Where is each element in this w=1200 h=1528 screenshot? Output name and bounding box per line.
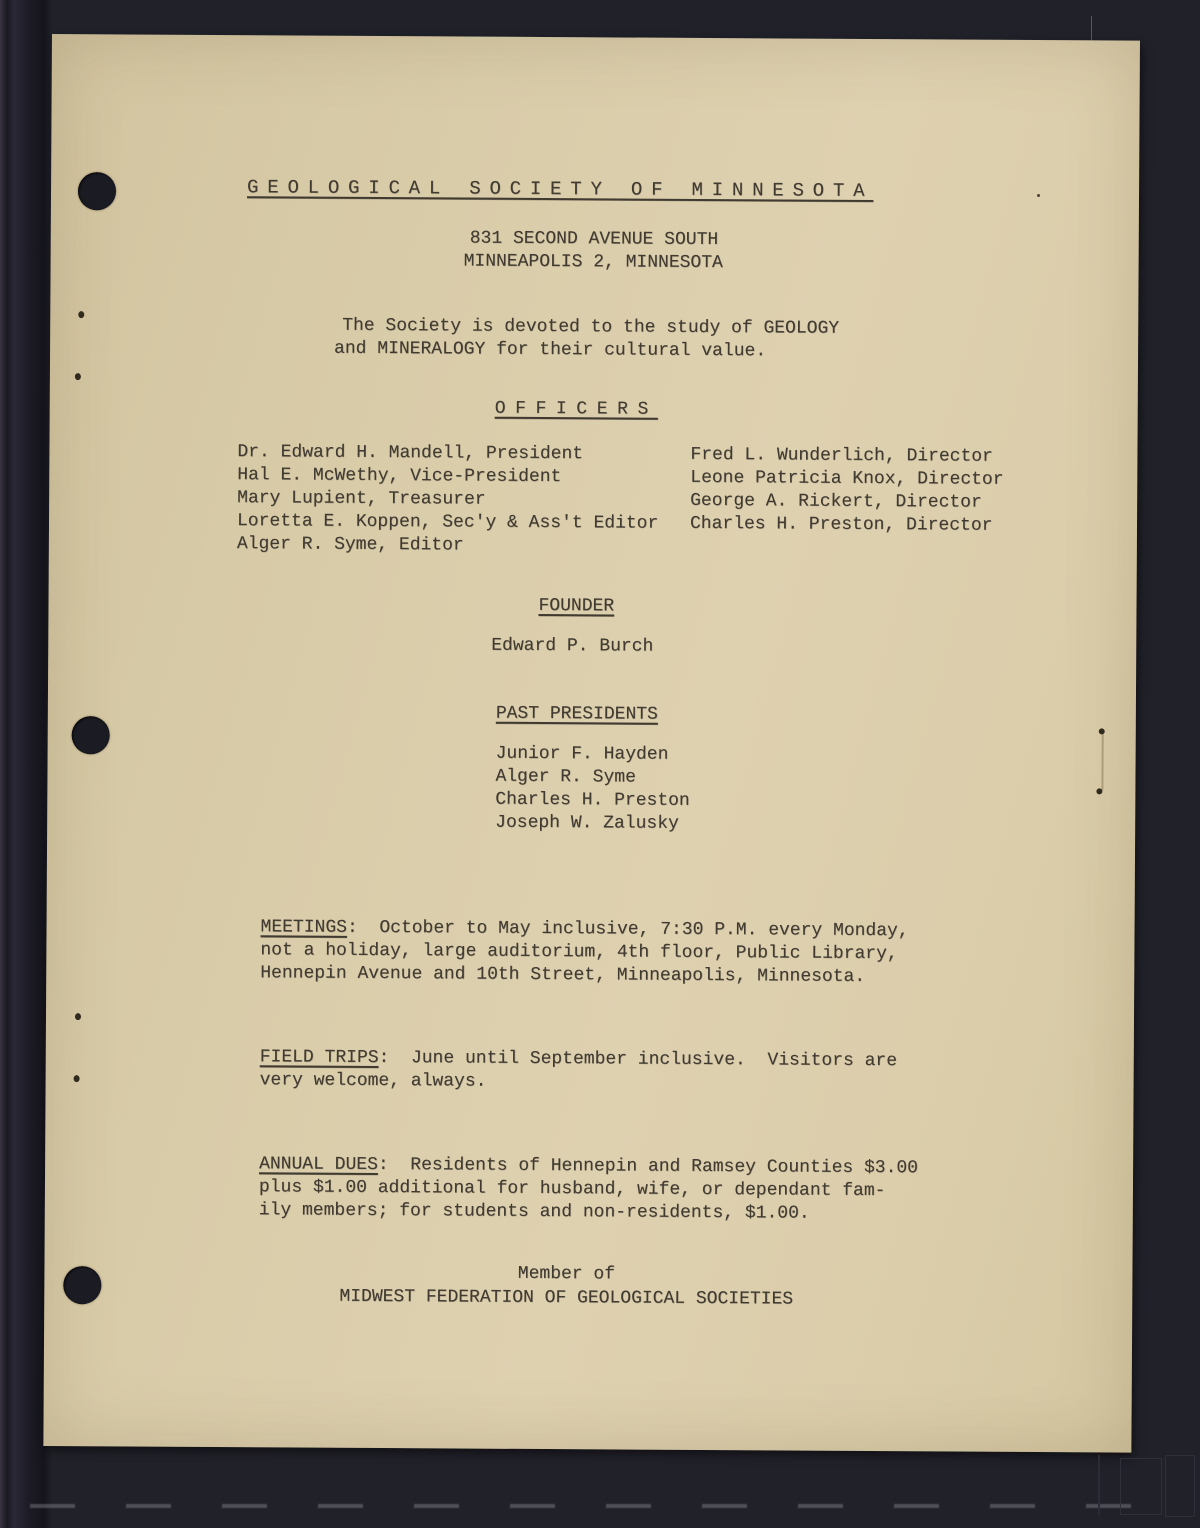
staple-hole [78, 311, 84, 318]
field-trips-label: FIELD TRIPS [260, 1047, 379, 1068]
officer-entry: Loretta E. Koppen, Sec'y & Ass't Editor [237, 510, 658, 536]
staple-hole [1096, 788, 1102, 794]
past-president-name: Junior F. Hayden [496, 743, 669, 767]
scan-artifact [1120, 1458, 1162, 1515]
membership-line: MIDWEST FEDERATION OF GEOLOGICAL SOCIETI… [260, 1285, 872, 1312]
officer-entry: Charles H. Preston, Director [690, 513, 993, 538]
address-line: MINNEAPOLIS 2, MINNESOTA [464, 251, 723, 276]
founder-name: Edward P. Burch [491, 635, 653, 659]
officer-entry: Hal E. McWethy, Vice-President [237, 464, 561, 489]
staple-hole [1099, 728, 1105, 734]
past-presidents-heading: PAST PRESIDENTS [496, 703, 658, 727]
officer-entry: George A. Rickert, Director [690, 490, 982, 515]
staple-hole [74, 1075, 80, 1082]
past-president-name: Alger R. Syme [495, 766, 636, 790]
scan-edge-marks [30, 1504, 1180, 1508]
membership-line: Member of [260, 1261, 872, 1288]
mission-line: The Society is devoted to the study of G… [342, 315, 839, 341]
staple-mark [1101, 732, 1103, 790]
annual-dues-label: ANNUAL DUES [259, 1154, 378, 1175]
scanned-document-background: GEOLOGICAL SOCIETY OF MINNESOTA 831 SECO… [0, 0, 1200, 1528]
document-page: GEOLOGICAL SOCIETY OF MINNESOTA 831 SECO… [43, 34, 1140, 1453]
staple-hole [75, 373, 81, 380]
officer-entry: Dr. Edward H. Mandell, President [237, 441, 583, 466]
mission-line: and MINERALOGY for their cultural value. [334, 338, 766, 364]
punch-hole [78, 172, 116, 210]
meetings-paragraph-line3: Hennepin Avenue and 10th Street, Minneap… [260, 962, 865, 989]
officer-entry: Mary Lupient, Treasurer [237, 487, 486, 512]
meetings-text: : October to May inclusive, 7:30 P.M. ev… [347, 918, 909, 941]
scan-artifact [1165, 1455, 1195, 1517]
punch-hole [72, 716, 110, 754]
officers-heading: OFFICERS [495, 398, 658, 422]
past-president-name: Joseph W. Zalusky [495, 812, 679, 836]
officer-entry: Alger R. Syme, Editor [237, 533, 464, 557]
field-trips-paragraph-line2: very welcome, always. [260, 1069, 487, 1093]
address-line: 831 SECOND AVENUE SOUTH [470, 228, 719, 253]
paper-speck [1037, 194, 1040, 197]
scan-artifact [1098, 1455, 1100, 1515]
past-president-name: Charles H. Preston [495, 789, 690, 813]
officer-entry: Leone Patricia Knox, Director [690, 467, 1003, 492]
punch-hole [63, 1266, 101, 1304]
officer-entry: Fred L. Wunderlich, Director [690, 444, 993, 469]
staple-hole [75, 1013, 81, 1020]
field-trips-text: : June until September inclusive. Visito… [379, 1048, 898, 1071]
document-title: GEOLOGICAL SOCIETY OF MINNESOTA [247, 176, 873, 203]
meetings-label: MEETINGS [260, 917, 347, 938]
annual-dues-text: : Residents of Hennepin and Ramsey Count… [378, 1155, 918, 1178]
founder-heading: FOUNDER [538, 595, 614, 618]
annual-dues-paragraph-line3: ily members; for students and non-reside… [259, 1199, 810, 1225]
